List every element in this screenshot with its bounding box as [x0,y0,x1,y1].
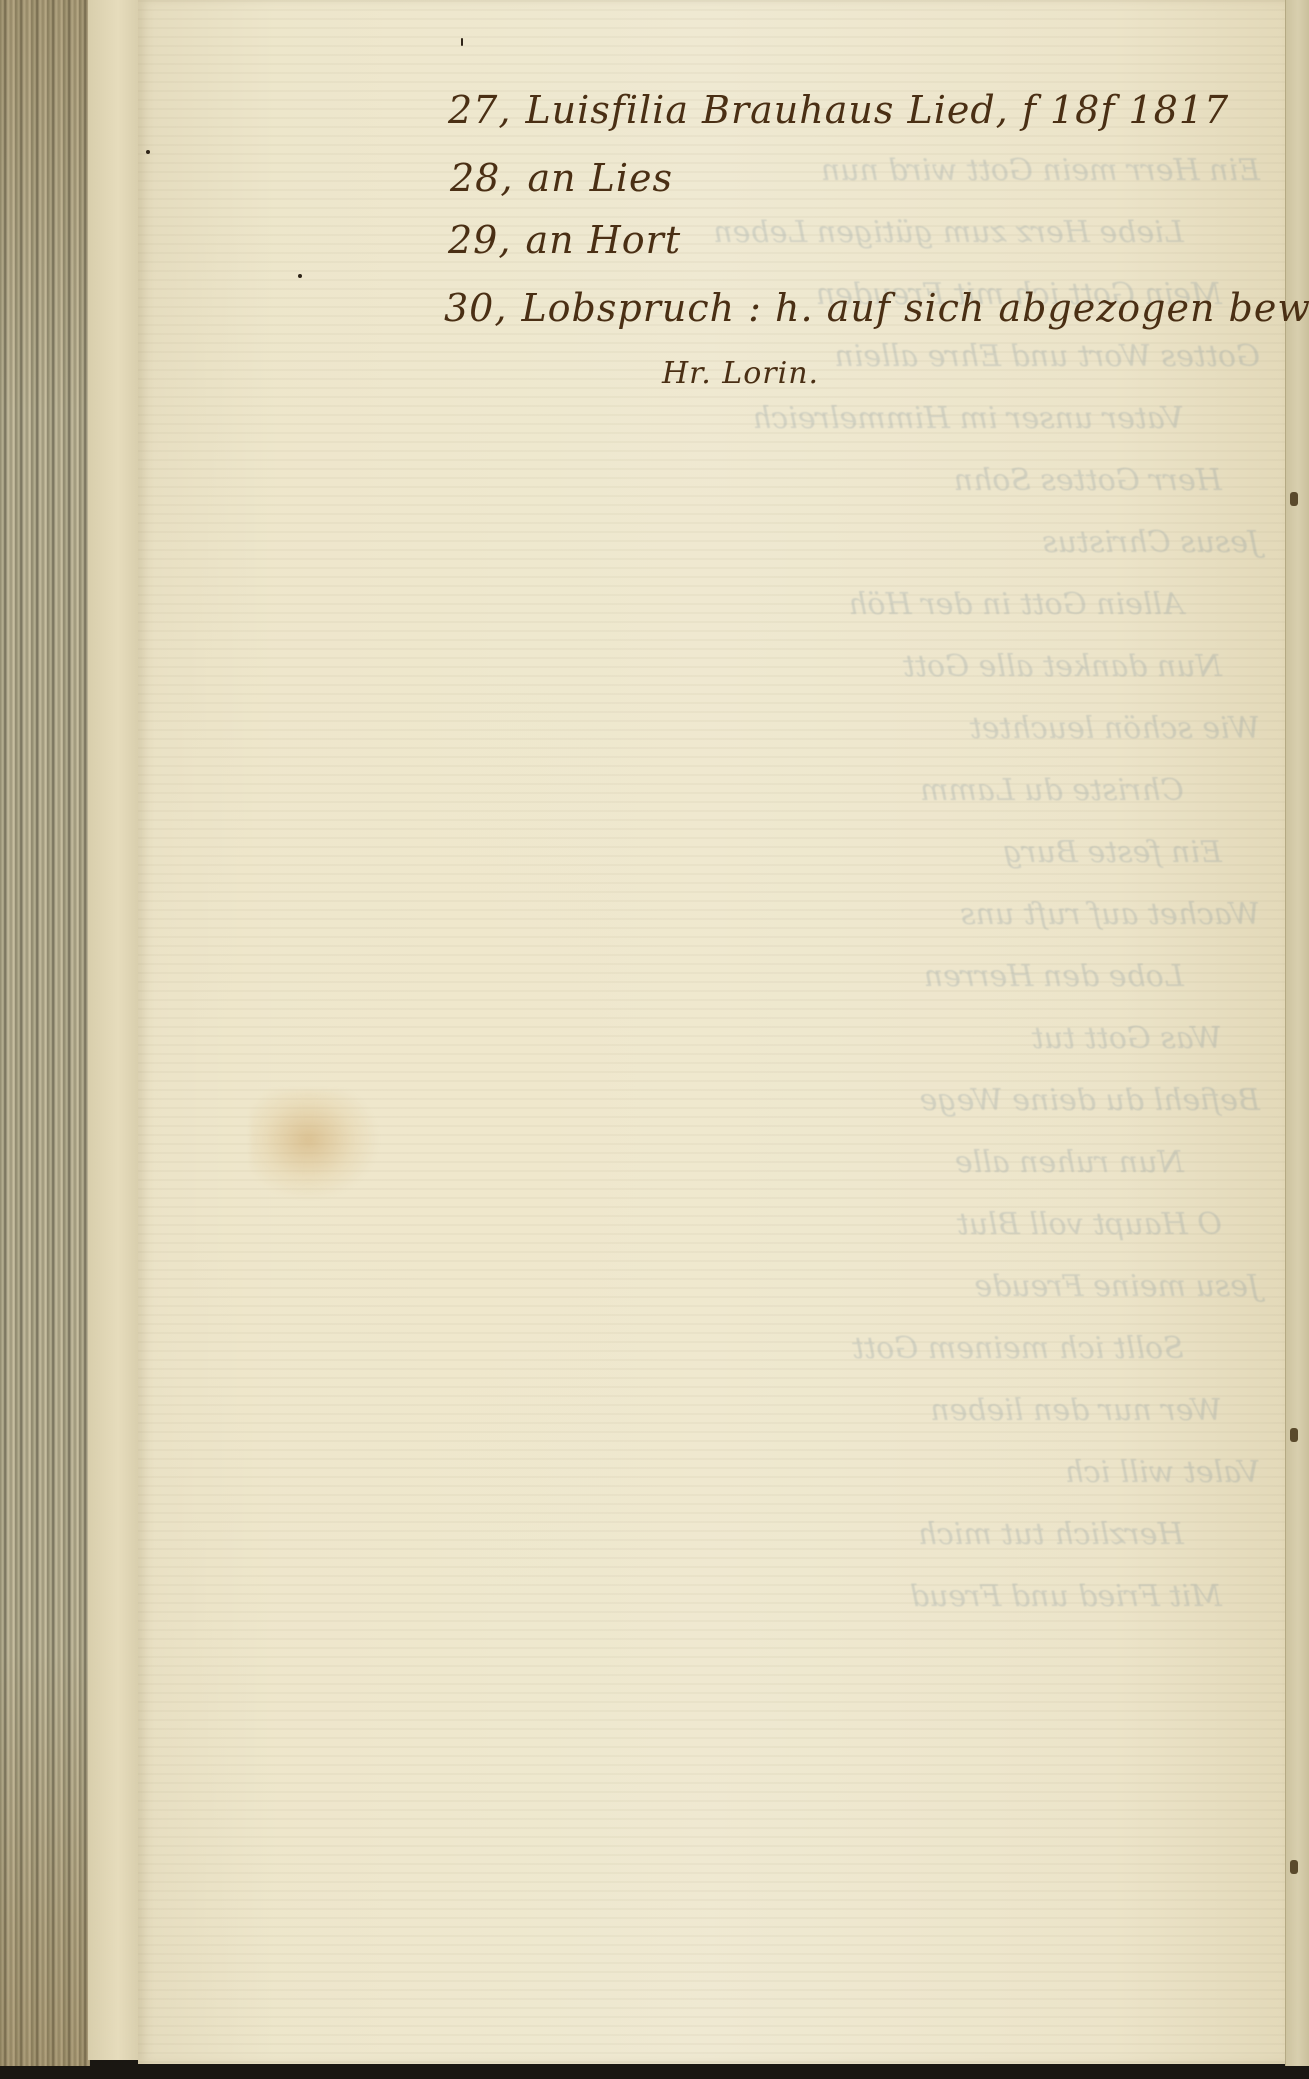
ink-speck [461,38,463,46]
flyleaf-strip [88,0,140,2060]
manuscript-scan: Ein Herr mein Gott wird nun Liebe Herz z… [0,0,1309,2066]
entry-text: Luisfilia Brauhaus Lied, f 18f 1817 [525,88,1229,132]
entry-27: 27,Luisfilia Brauhaus Lied, f 18f 1817 [448,88,1229,132]
entry-number: 28, [450,156,513,200]
ink-speck [146,150,150,154]
binding-thread-mark [1290,1428,1298,1442]
signature-line: Hr. Lorin. [662,356,819,391]
entry-28: 28,an Lies [450,156,673,200]
entry-30: 30,Lobspruch : h. auf sich abgezogen bew… [444,286,1309,330]
entry-number: 27, [448,88,511,132]
entry-number: 30, [444,286,507,330]
entry-29: 29,an Hort [448,218,681,262]
binding-thread-mark [1290,492,1298,506]
entry-number: 29, [448,218,511,262]
binding-thread-mark [1290,1860,1298,1874]
entry-text: an Hort [525,218,681,262]
book-page-edges [0,0,90,2066]
entry-text: an Lies [527,156,673,200]
ink-speck [298,274,302,278]
entry-text: Lobspruch : h. auf sich abgezogen bewahr… [521,286,1309,330]
foxing-stain [250,1090,380,1200]
